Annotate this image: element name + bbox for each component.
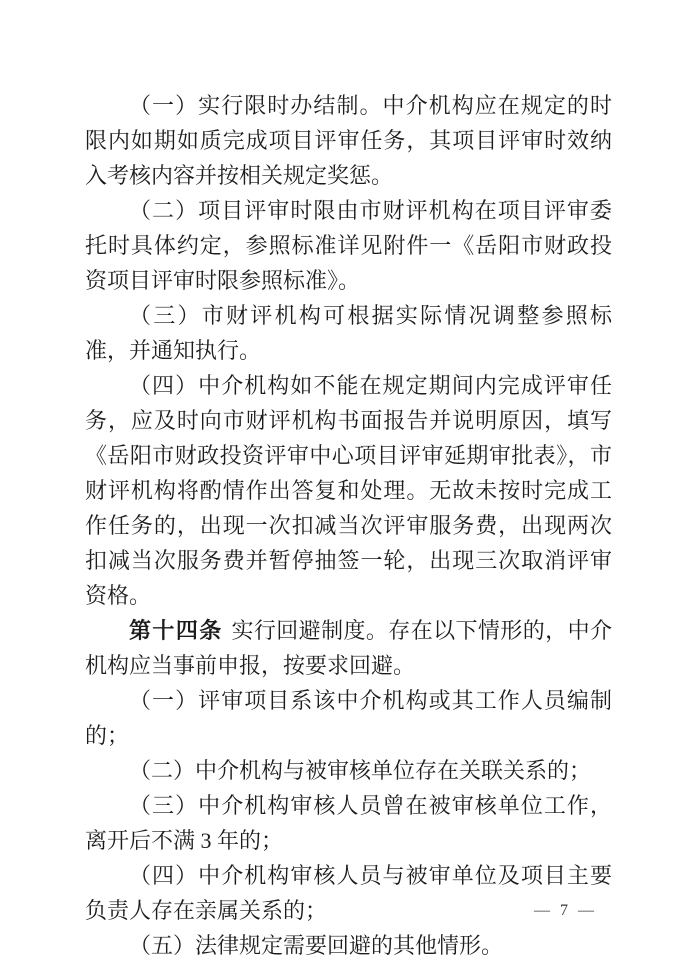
clause-time-limit-3: （三）市财评机构可根据实际情况调整参照标准，并通知执行。 — [85, 298, 612, 368]
recusal-item-1: （一）评审项目系该中介机构或其工作人员编制的； — [85, 683, 612, 753]
recusal-item-2: （二）中介机构与被审核单位存在关联关系的； — [85, 753, 612, 788]
article-14-number: 第十四条 — [129, 618, 223, 643]
recusal-item-5: （五）法律规定需要回避的其他情形。 — [85, 928, 612, 963]
paragraph-text: （四）中介机构审核人员与被审单位及项目主要负责人存在亲属关系的； — [85, 863, 612, 923]
paragraph-text: （二）中介机构与被审核单位存在关联关系的； — [129, 758, 591, 783]
paragraph-text: （一）实行限时办结制。中介机构应在规定的时限内如期如质完成项目评审任务，其项目评… — [85, 93, 612, 188]
clause-time-limit-2: （二）项目评审时限由市财评机构在项目评审委托时具体约定，参照标准详见附件一《岳阳… — [85, 193, 612, 298]
page-number: — 7 — — [534, 901, 597, 921]
document-page: （一）实行限时办结制。中介机构应在规定的时限内如期如质完成项目评审任务，其项目评… — [0, 0, 690, 976]
document-body: （一）实行限时办结制。中介机构应在规定的时限内如期如质完成项目评审任务，其项目评… — [85, 88, 612, 963]
paragraph-text: （四）中介机构如不能在规定期间内完成评审任务，应及时向市财评机构书面报告并说明原… — [85, 373, 612, 608]
recusal-item-4: （四）中介机构审核人员与被审单位及项目主要负责人存在亲属关系的； — [85, 858, 612, 928]
paragraph-text: （二）项目评审时限由市财评机构在项目评审委托时具体约定，参照标准详见附件一《岳阳… — [85, 198, 612, 293]
recusal-item-3: （三）中介机构审核人员曾在被审核单位工作，离开后不满 3 年的； — [85, 788, 612, 858]
article-14-paragraph: 第十四条实行回避制度。存在以下情形的，中介机构应当事前申报，按要求回避。 — [85, 613, 612, 683]
clause-time-limit-1: （一）实行限时办结制。中介机构应在规定的时限内如期如质完成项目评审任务，其项目评… — [85, 88, 612, 193]
paragraph-text: （一）评审项目系该中介机构或其工作人员编制的； — [85, 688, 612, 748]
paragraph-text: （三）市财评机构可根据实际情况调整参照标准，并通知执行。 — [85, 303, 612, 363]
paragraph-text: （三）中介机构审核人员曾在被审核单位工作，离开后不满 3 年的； — [85, 793, 612, 853]
paragraph-text: （五）法律规定需要回避的其他情形。 — [129, 933, 503, 958]
clause-time-limit-4: （四）中介机构如不能在规定期间内完成评审任务，应及时向市财评机构书面报告并说明原… — [85, 368, 612, 613]
